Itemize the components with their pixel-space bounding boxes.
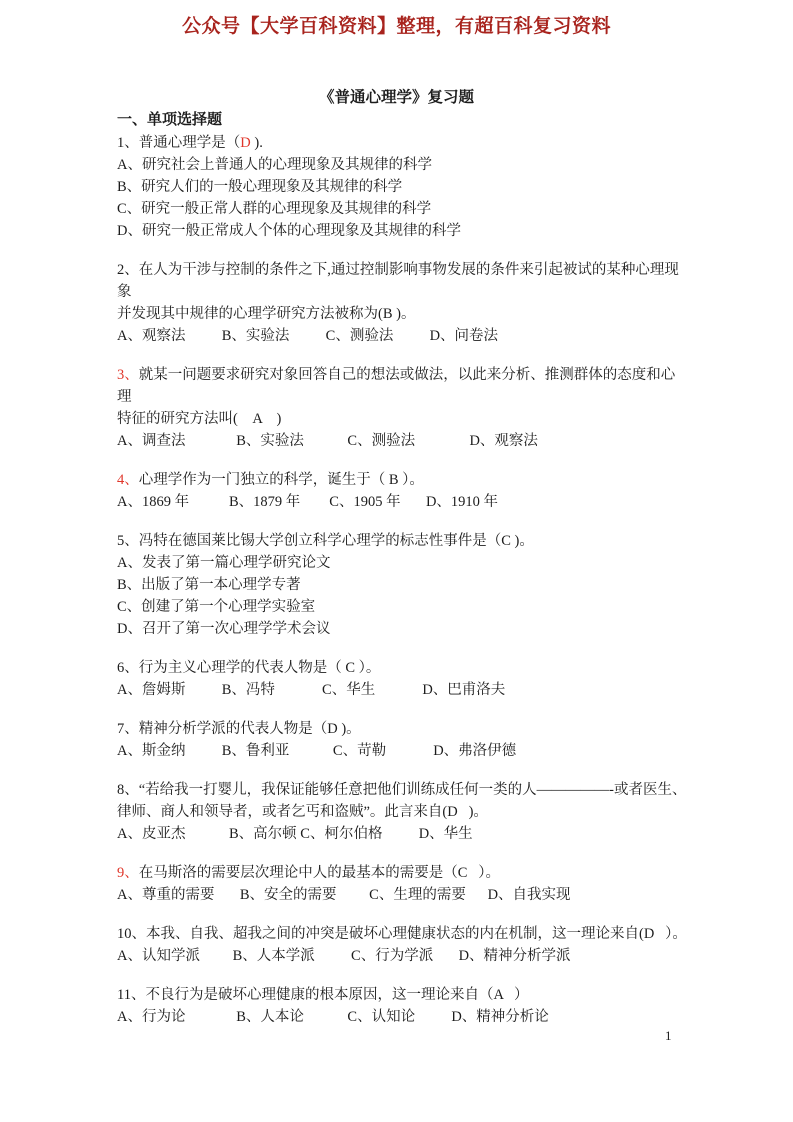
text-segment: B、研究人们的一般心理现象及其规律的科学 bbox=[117, 179, 402, 195]
text-segment: A、詹姆斯 B、冯特 C、华生 D、巴甫洛夫 bbox=[117, 682, 505, 698]
question-line: D、召开了第一次心理学学术会议 bbox=[117, 618, 689, 640]
text-segment: D、研究一般正常成人个体的心理现象及其规律的科学 bbox=[117, 223, 461, 239]
document-page: 公众号【大学百科资料】整理，有超百科复习资料 《普通心理学》复习题 一、单项选择… bbox=[0, 0, 793, 1122]
question-4: 4、心理学作为一门独立的科学，诞生于（ B ）。A、1869 年 B、1879 … bbox=[117, 469, 689, 513]
text-segment: 并发现其中规律的心理学研究方法被称为(B )。 bbox=[117, 306, 415, 322]
text-segment: A、1869 年 B、1879 年 C、1905 年 D、1910 年 bbox=[117, 494, 498, 510]
text-segment: 6、行为主义心理学的代表人物是（ C ）。 bbox=[117, 660, 380, 676]
text-segment: 2、在人为干涉与控制的条件之下,通过控制影响事物发展的条件来引起被试的某种心理现… bbox=[117, 262, 679, 300]
text-segment: A、调查法 B、实验法 C、测验法 D、观察法 bbox=[117, 433, 538, 449]
questions-list: 1、普通心理学是（D ).A、研究社会上普通人的心理现象及其规律的科学B、研究人… bbox=[117, 132, 689, 1028]
question-9: 9、在马斯洛的需要层次理论中人的最基本的需要是（C ）。A、尊重的需要 B、安全… bbox=[117, 862, 689, 906]
question-line: 特征的研究方法叫( A ) bbox=[117, 408, 689, 430]
question-line: 8、“若给我一打婴儿，我保证能够任意把他们训练成任何一类的人—————-或者医生… bbox=[117, 779, 689, 801]
question-line: C、创建了第一个心理学实验室 bbox=[117, 596, 689, 618]
text-segment: A、观察法 B、实验法 C、测验法 D、问卷法 bbox=[117, 328, 498, 344]
question-line: 6、行为主义心理学的代表人物是（ C ）。 bbox=[117, 657, 689, 679]
question-line: A、斯金纳 B、鲁利亚 C、苛勒 D、弗洛伊德 bbox=[117, 740, 689, 762]
red-highlight-text: 3、 bbox=[117, 367, 139, 383]
doc-title: 《普通心理学》复习题 bbox=[0, 87, 793, 109]
text-segment: A、行为论 B、人本论 C、认知论 D、精神分析论 bbox=[117, 1009, 549, 1025]
question-10: 10、本我、自我、超我之间的冲突是破坏心理健康状态的内在机制，这一理论来自(D … bbox=[117, 923, 689, 967]
text-segment: A、认知学派 B、人本学派 C、行为学派 D、精神分析学派 bbox=[117, 948, 571, 964]
text-segment: C、研究一般正常人群的心理现象及其规律的科学 bbox=[117, 201, 431, 217]
question-line: A、行为论 B、人本论 C、认知论 D、精神分析论 bbox=[117, 1006, 689, 1028]
text-segment: A、皮亚杰 B、高尔顿 C、柯尔伯格 D、华生 bbox=[117, 826, 473, 842]
text-segment: 就某一问题要求研究对象回答自己的想法或做法，以此来分析、推测群体的态度和心理 bbox=[117, 367, 675, 405]
text-segment: A、斯金纳 B、鲁利亚 C、苛勒 D、弗洛伊德 bbox=[117, 743, 516, 759]
question-line: A、皮亚杰 B、高尔顿 C、柯尔伯格 D、华生 bbox=[117, 823, 689, 845]
red-highlight-text: 9、 bbox=[117, 865, 139, 881]
question-line: A、发表了第一篇心理学研究论文 bbox=[117, 552, 689, 574]
question-5: 5、冯特在德国莱比锡大学创立科学心理学的标志性事件是（C )。A、发表了第一篇心… bbox=[117, 530, 689, 640]
question-8: 8、“若给我一打婴儿，我保证能够任意把他们训练成任何一类的人—————-或者医生… bbox=[117, 779, 689, 845]
question-line: D、研究一般正常成人个体的心理现象及其规律的科学 bbox=[117, 220, 689, 242]
text-segment: D、召开了第一次心理学学术会议 bbox=[117, 621, 330, 637]
question-11: 11、不良行为是破坏心理健康的根本原因，这一理论来自（A ）A、行为论 B、人本… bbox=[117, 984, 689, 1028]
question-1: 1、普通心理学是（D ).A、研究社会上普通人的心理现象及其规律的科学B、研究人… bbox=[117, 132, 689, 242]
question-line: B、研究人们的一般心理现象及其规律的科学 bbox=[117, 176, 689, 198]
question-line: 9、在马斯洛的需要层次理论中人的最基本的需要是（C ）。 bbox=[117, 862, 689, 884]
text-segment: 特征的研究方法叫( A ) bbox=[117, 411, 281, 427]
text-segment: 1、普通心理学是（ bbox=[117, 135, 240, 151]
question-line: A、调查法 B、实验法 C、测验法 D、观察法 bbox=[117, 430, 689, 452]
question-line: A、认知学派 B、人本学派 C、行为学派 D、精神分析学派 bbox=[117, 945, 689, 967]
red-highlight-text: 4、 bbox=[117, 472, 139, 488]
text-segment: 11、不良行为是破坏心理健康的根本原因，这一理论来自（A ） bbox=[117, 987, 529, 1003]
question-line: 并发现其中规律的心理学研究方法被称为(B )。 bbox=[117, 303, 689, 325]
question-line: C、研究一般正常人群的心理现象及其规律的科学 bbox=[117, 198, 689, 220]
question-line: A、观察法 B、实验法 C、测验法 D、问卷法 bbox=[117, 325, 689, 347]
question-line: A、詹姆斯 B、冯特 C、华生 D、巴甫洛夫 bbox=[117, 679, 689, 701]
text-segment: A、尊重的需要 B、安全的需要 C、生理的需要 D、自我实现 bbox=[117, 887, 571, 903]
text-segment: 律师、商人和领导者，或者乞丐和盗贼”。此言来自(D )。 bbox=[117, 804, 488, 820]
doc-header-watermark: 公众号【大学百科资料】整理，有超百科复习资料 bbox=[0, 11, 793, 38]
text-segment: C、创建了第一个心理学实验室 bbox=[117, 599, 315, 615]
question-line: 5、冯特在德国莱比锡大学创立科学心理学的标志性事件是（C )。 bbox=[117, 530, 689, 552]
question-line: 7、精神分析学派的代表人物是（D )。 bbox=[117, 718, 689, 740]
question-line: B、出版了第一本心理学专著 bbox=[117, 574, 689, 596]
text-segment: B、出版了第一本心理学专著 bbox=[117, 577, 301, 593]
question-6: 6、行为主义心理学的代表人物是（ C ）。A、詹姆斯 B、冯特 C、华生 D、巴… bbox=[117, 657, 689, 701]
question-7: 7、精神分析学派的代表人物是（D )。A、斯金纳 B、鲁利亚 C、苛勒 D、弗洛… bbox=[117, 718, 689, 762]
question-line: A、研究社会上普通人的心理现象及其规律的科学 bbox=[117, 154, 689, 176]
question-line: A、1869 年 B、1879 年 C、1905 年 D、1910 年 bbox=[117, 491, 689, 513]
text-segment: ). bbox=[251, 135, 263, 151]
text-segment: A、研究社会上普通人的心理现象及其规律的科学 bbox=[117, 157, 432, 173]
question-line: 律师、商人和领导者，或者乞丐和盗贼”。此言来自(D )。 bbox=[117, 801, 689, 823]
question-line: 11、不良行为是破坏心理健康的根本原因，这一理论来自（A ） bbox=[117, 984, 689, 1006]
red-highlight-text: D bbox=[240, 135, 250, 151]
question-line: 3、就某一问题要求研究对象回答自己的想法或做法，以此来分析、推测群体的态度和心理 bbox=[117, 364, 689, 408]
text-segment: 心理学作为一门独立的科学，诞生于（ B ）。 bbox=[139, 472, 424, 488]
question-line: A、尊重的需要 B、安全的需要 C、生理的需要 D、自我实现 bbox=[117, 884, 689, 906]
question-line: 1、普通心理学是（D ). bbox=[117, 132, 689, 154]
text-segment: 10、本我、自我、超我之间的冲突是破坏心理健康状态的内在机制，这一理论来自(D … bbox=[117, 926, 687, 942]
question-2: 2、在人为干涉与控制的条件之下,通过控制影响事物发展的条件来引起被试的某种心理现… bbox=[117, 259, 689, 347]
text-segment: 在马斯洛的需要层次理论中人的最基本的需要是（C ）。 bbox=[139, 865, 500, 881]
text-segment: 7、精神分析学派的代表人物是（D )。 bbox=[117, 721, 361, 737]
question-3: 3、就某一问题要求研究对象回答自己的想法或做法，以此来分析、推测群体的态度和心理… bbox=[117, 364, 689, 452]
question-line: 2、在人为干涉与控制的条件之下,通过控制影响事物发展的条件来引起被试的某种心理现… bbox=[117, 259, 689, 303]
page-number: 1 bbox=[665, 1028, 672, 1044]
text-segment: A、发表了第一篇心理学研究论文 bbox=[117, 555, 330, 571]
question-line: 10、本我、自我、超我之间的冲突是破坏心理健康状态的内在机制，这一理论来自(D … bbox=[117, 923, 689, 945]
text-segment: 5、冯特在德国莱比锡大学创立科学心理学的标志性事件是（C )。 bbox=[117, 533, 534, 549]
section-heading: 一、单项选择题 bbox=[117, 109, 793, 131]
text-segment: 8、“若给我一打婴儿，我保证能够任意把他们训练成任何一类的人—————-或者医生… bbox=[117, 782, 687, 798]
question-line: 4、心理学作为一门独立的科学，诞生于（ B ）。 bbox=[117, 469, 689, 491]
